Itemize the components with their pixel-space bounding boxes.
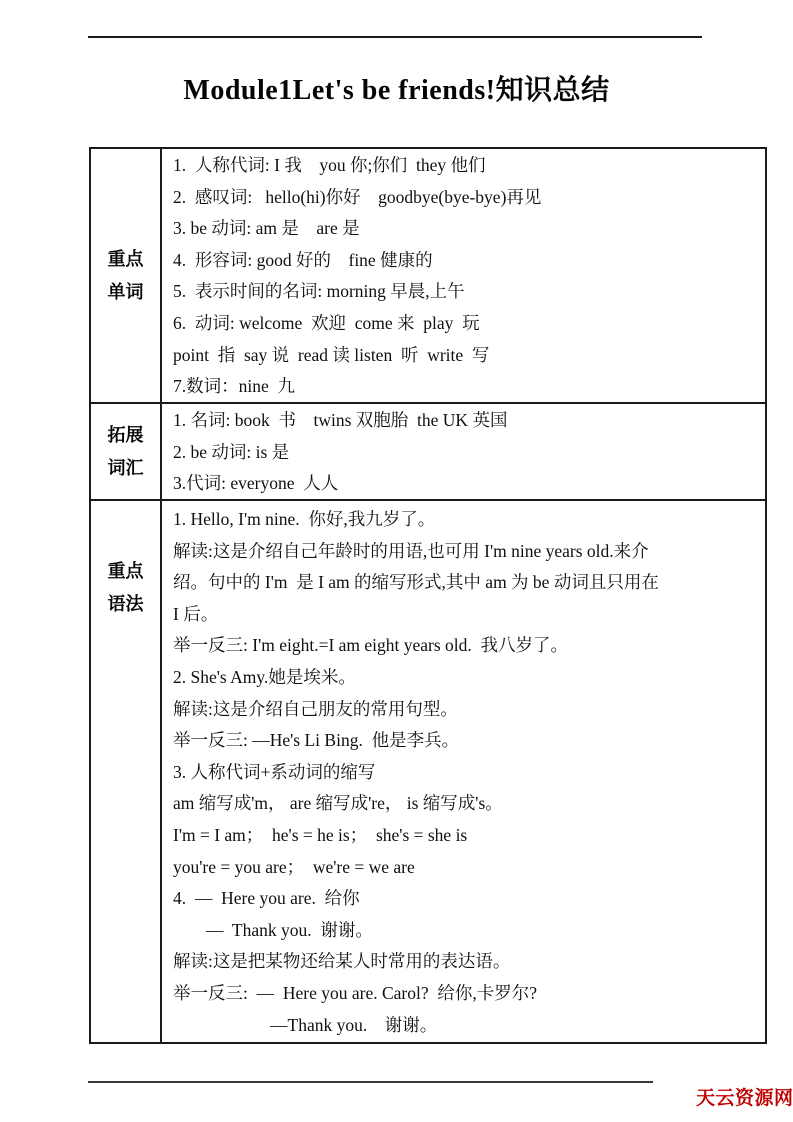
row-label-line: 重点 <box>108 555 144 588</box>
row-label-line: 语法 <box>108 588 144 621</box>
content-line: 5. 表示时间的名词: morning 早晨,上午 <box>173 276 759 308</box>
content-line: 4. — Here you are. 给你 <box>173 883 759 915</box>
content-line: 1. 名词: book 书 twins 双胞胎 the UK 英国 <box>173 405 759 437</box>
content-line: 解读:这是介绍自己朋友的常用句型。 <box>173 694 759 726</box>
row-label-line: 词汇 <box>108 452 144 485</box>
row-content-key-words: 1. 人称代词: I 我 you 你;你们 they 他们 2. 感叹词: he… <box>162 149 765 402</box>
summary-table: 重点 单词 1. 人称代词: I 我 you 你;你们 they 他们 2. 感… <box>89 147 767 1044</box>
document-page: Module1Let's be friends!知识总结 重点 单词 1. 人称… <box>0 0 793 1122</box>
content-line: 7.数词：nine 九 <box>173 371 759 403</box>
table-row-key-words: 重点 单词 1. 人称代词: I 我 you 你;你们 they 他们 2. 感… <box>91 149 765 402</box>
content-line: 2. 感叹词: hello(hi)你好 goodbye(bye-bye)再见 <box>173 182 759 214</box>
content-line: 解读:这是介绍自己年龄时的用语,也可用 I'm nine years old.来… <box>173 536 759 568</box>
row-content-extended-vocab: 1. 名词: book 书 twins 双胞胎 the UK 英国 2. be … <box>162 404 765 499</box>
content-line: 4. 形容词: good 好的 fine 健康的 <box>173 245 759 277</box>
row-label-extended-vocab: 拓展 词汇 <box>91 404 162 499</box>
row-label-line: 拓展 <box>108 419 144 452</box>
content-line: am 缩写成'm， are 缩写成're， is 缩写成's。 <box>173 788 759 820</box>
content-line: 举一反三: I'm eight.=I am eight years old. 我… <box>173 630 759 662</box>
content-line: 3. be 动词: am 是 are 是 <box>173 213 759 245</box>
watermark: 天云资源网 <box>696 1083 793 1110</box>
content-line: 6. 动词: welcome 欢迎 come 来 play 玩 <box>173 308 759 340</box>
content-line: 举一反三: —He's Li Bing. 他是李兵。 <box>173 725 759 757</box>
content-line: I'm = I am； he's = he is； she's = she is <box>173 820 759 852</box>
bottom-divider <box>88 1081 653 1083</box>
top-divider <box>88 36 702 38</box>
content-line: 解读:这是把某物还给某人时常用的表达语。 <box>173 946 759 978</box>
content-line: 3. 人称代词+系动词的缩写 <box>173 757 759 789</box>
table-row-extended-vocab: 拓展 词汇 1. 名词: book 书 twins 双胞胎 the UK 英国 … <box>91 402 765 499</box>
content-line: 1. Hello, I'm nine. 你好,我九岁了。 <box>173 504 759 536</box>
content-line: point 指 say 说 read 读 listen 听 write 写 <box>173 340 759 372</box>
content-line: 举一反三: — Here you are. Carol? 给你,卡罗尔? <box>173 978 759 1010</box>
content-line: —Thank you. 谢谢。 <box>173 1010 759 1042</box>
row-label-key-grammar: 重点 语法 <box>91 501 162 1042</box>
row-label-line: 单词 <box>108 276 144 309</box>
row-label-line: 重点 <box>108 243 144 276</box>
row-label-key-words: 重点 单词 <box>91 149 162 402</box>
content-line: 1. 人称代词: I 我 you 你;你们 they 他们 <box>173 150 759 182</box>
content-line: 2. She's Amy.她是埃米。 <box>173 662 759 694</box>
content-line: 3.代词: everyone 人人 <box>173 468 759 500</box>
content-line: — Thank you. 谢谢。 <box>173 915 759 947</box>
page-title: Module1Let's be friends!知识总结 <box>0 68 793 108</box>
content-line: 绍。句中的 I'm 是 I am 的缩写形式,其中 am 为 be 动词且只用在 <box>173 567 759 599</box>
content-line: 2. be 动词: is 是 <box>173 437 759 469</box>
content-line: you're = you are； we're = we are <box>173 852 759 884</box>
table-row-key-grammar: 重点 语法 1. Hello, I'm nine. 你好,我九岁了。 解读:这是… <box>91 499 765 1042</box>
row-content-key-grammar: 1. Hello, I'm nine. 你好,我九岁了。 解读:这是介绍自己年龄… <box>162 501 765 1042</box>
content-line: I 后。 <box>173 599 759 631</box>
